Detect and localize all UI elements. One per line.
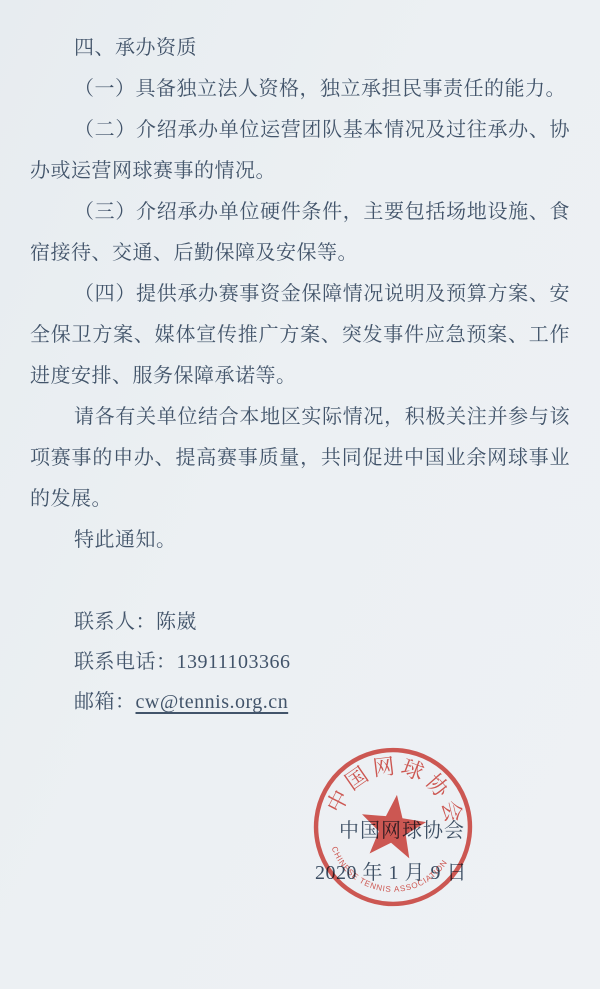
contact-value: cw@tennis.org.cn xyxy=(136,691,289,713)
paragraph-line: 全保卫方案、媒体宣传推广方案、突发事件应急预案、工作 xyxy=(30,315,570,356)
paragraph-line: 请各有关单位结合本地区实际情况，积极关注并参与该 xyxy=(30,397,570,438)
scanned-notice-page: 四、承办资质（一）具备独立法人资格，独立承担民事责任的能力。（二）介绍承办单位运… xyxy=(0,0,600,989)
contact-label: 邮箱： xyxy=(74,691,136,713)
contact-value: 陈崴 xyxy=(156,611,197,633)
paragraphs: 四、承办资质（一）具备独立法人资格，独立承担民事责任的能力。（二）介绍承办单位运… xyxy=(30,0,570,561)
paragraph-line: 的发展。 xyxy=(30,479,570,520)
paragraph-line: 特此通知。 xyxy=(30,520,570,561)
paragraph-line: 项赛事的申办、提高赛事质量，共同促进中国业余网球事业 xyxy=(30,438,570,479)
paragraph-line: 宿接待、交通、后勤保障及安保等。 xyxy=(30,233,570,274)
paragraph-line: 四、承办资质 xyxy=(30,28,570,69)
signature-organization: 中国网球协会 xyxy=(339,814,465,843)
contact-label: 联系人： xyxy=(74,611,156,633)
signature-date: 2020 年 1 月 9 日 xyxy=(315,856,467,885)
paragraph-line: （二）介绍承办单位运营团队基本情况及过往承办、协 xyxy=(30,110,570,151)
paragraph-line: 办或运营网球赛事的情况。 xyxy=(30,151,570,192)
contact-line: 邮箱：cw@tennis.org.cn xyxy=(30,682,570,722)
contact-label: 联系电话： xyxy=(74,651,177,673)
paragraph-line: 进度安排、服务保障承诺等。 xyxy=(30,356,570,397)
paragraph-line: （一）具备独立法人资格，独立承担民事责任的能力。 xyxy=(30,69,570,110)
contact-value: 13911103366 xyxy=(177,651,291,673)
paragraph-line: （四）提供承办赛事资金保障情况说明及预算方案、安 xyxy=(30,274,570,315)
contact-line: 联系人：陈崴 xyxy=(30,602,570,642)
contact-block: 联系人：陈崴联系电话：13911103366邮箱：cw@tennis.org.c… xyxy=(30,602,570,722)
contact-line: 联系电话：13911103366 xyxy=(30,642,570,682)
paragraph-line: （三）介绍承办单位硬件条件，主要包括场地设施、食 xyxy=(30,192,570,233)
